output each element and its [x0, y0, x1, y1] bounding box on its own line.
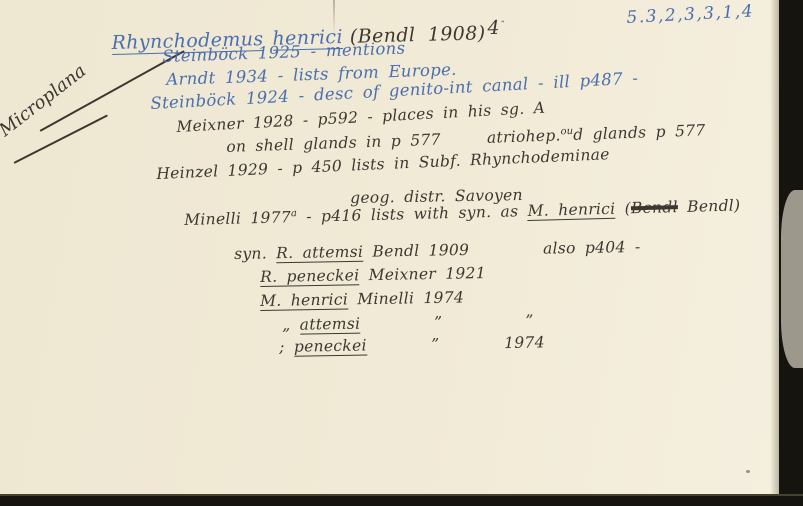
note-line: ; peneckei ” 1974: [279, 333, 545, 356]
note-superscript: ou: [560, 126, 573, 137]
note-line: M. henrici Minelli 1974: [260, 288, 464, 310]
struck-text: Bendl: [631, 198, 678, 217]
note-text: also p404 -: [469, 238, 640, 259]
synonym-name: R. attemsi: [276, 243, 363, 264]
ditto-marks: ” ”: [360, 312, 534, 333]
scanner-background-bottom: [0, 494, 803, 506]
card-speck: [746, 470, 750, 473]
note-line: syn. R. attemsi Bendl 1909 also p404 -: [234, 238, 641, 264]
note-text: Bendl): [678, 196, 741, 216]
note-text: Bendl 1909: [363, 241, 469, 261]
note-line: R. peneckei Meixner 1921: [260, 264, 486, 287]
note-line: „ attemsi ” ”: [282, 312, 534, 335]
note-text: syn.: [234, 244, 276, 263]
synonym-name: M. henrici: [527, 200, 615, 221]
note-text: Meixner 1921: [359, 264, 486, 284]
classification-number: 5.3,2,3,3,1,4: [626, 1, 755, 28]
title-mark: 4: [487, 17, 500, 39]
synonym-name: R. peneckei: [260, 266, 360, 287]
ditto-marks: ” 1974: [367, 333, 545, 354]
synonym-name: attemsi: [300, 315, 361, 335]
synonym-name: M. henrici: [260, 290, 348, 311]
note-text: „: [282, 316, 300, 334]
note-text: ;: [279, 338, 294, 356]
card-stack-edge: [781, 190, 803, 368]
scanned-index-card: Rhynchodemushenrici(Bendl 1908)4ˆ 5.3,2,…: [0, 0, 803, 506]
note-text: (: [615, 199, 631, 217]
card-edge-shadow: [770, 0, 779, 494]
note-text: Minelli 1974: [348, 288, 464, 308]
title-mark-sup: ˆ: [500, 21, 505, 31]
note-text: d glands p 577: [573, 121, 706, 144]
note-text: Minelli 1977: [184, 208, 291, 229]
synonym-name: peneckei: [294, 336, 367, 356]
index-card: Rhynchodemushenrici(Bendl 1908)4ˆ 5.3,2,…: [0, 0, 779, 494]
note-text: - p416 lists with syn. as: [297, 202, 528, 226]
